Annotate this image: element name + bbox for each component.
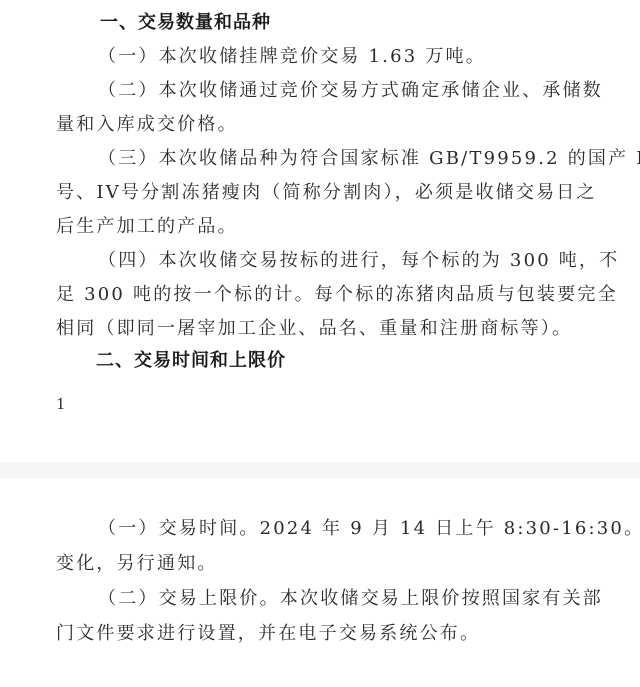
paragraph-1-4-line-2: 足 300 吨的按一个标的计。每个标的冻猪肉品质与包装要完全 bbox=[56, 284, 596, 306]
paragraph-1-1: （一）本次收储挂牌竞价交易 1.63 万吨。 bbox=[98, 46, 638, 68]
paragraph-1-3-line-2: 号、IV号分割冻猪瘦肉（简称分割肉），必须是收储交易日之 bbox=[56, 182, 596, 204]
paragraph-2-2-line-1: （二）交易上限价。本次收储交易上限价按照国家有关部 bbox=[98, 588, 638, 610]
paragraph-1-2-line-1: （二）本次收储通过竞价交易方式确定承储企业、承储数 bbox=[98, 80, 638, 102]
paragraph-2-1-line-1: （一）交易时间。2024 年 9 月 14 日上午 8:30-16:30。如有 bbox=[98, 518, 638, 540]
paragraph-1-4-line-1: （四）本次收储交易按标的进行，每个标的为 300 吨，不 bbox=[98, 250, 638, 272]
paragraph-1-4-line-3: 相同（即同一屠宰加工企业、品名、重量和注册商标等）。 bbox=[56, 318, 596, 340]
document-page-2: （一）交易时间。2024 年 9 月 14 日上午 8:30-16:30。如有 … bbox=[0, 478, 640, 687]
paragraph-1-3-line-1: （三）本次收储品种为符合国家标准 GB/T9959.2 的国产 II bbox=[98, 148, 638, 170]
section-heading-1: 一、交易数量和品种 bbox=[100, 12, 640, 34]
page-separator bbox=[0, 462, 640, 478]
section-heading-2: 二、交易时间和上限价 bbox=[96, 350, 636, 372]
paragraph-2-1-line-2: 变化，另行通知。 bbox=[56, 553, 596, 575]
page-number: 1 bbox=[56, 395, 66, 413]
paragraph-2-2-line-2: 门文件要求进行设置，并在电子交易系统公布。 bbox=[56, 623, 596, 645]
document-page-1: 一、交易数量和品种 （一）本次收储挂牌竞价交易 1.63 万吨。 （二）本次收储… bbox=[0, 0, 640, 462]
paragraph-1-3-line-3: 后生产加工的产品。 bbox=[56, 216, 596, 238]
paragraph-1-2-line-2: 量和入库成交价格。 bbox=[56, 114, 596, 136]
